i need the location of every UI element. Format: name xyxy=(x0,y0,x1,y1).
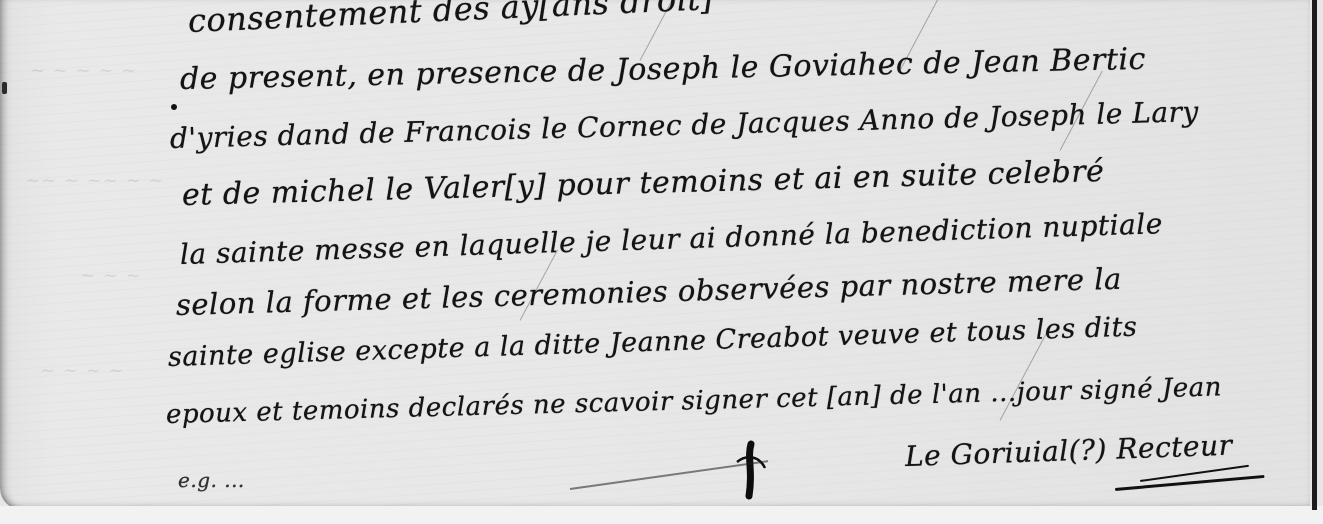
bleed-through-text: ~ ~ ~ xyxy=(80,265,142,286)
manuscript-line-10: e.g. ... xyxy=(178,468,245,492)
bleed-through-text: ~~ ~ ~~ ~ ~ xyxy=(25,170,164,191)
bleed-through-text: ~ ~ ~ ~ xyxy=(40,360,125,381)
page-bottom-edge xyxy=(0,506,1323,524)
cross-mark-icon xyxy=(735,440,767,500)
bleed-through-text: ~ ~ ~ ~ ~ xyxy=(30,60,137,81)
binding-edge xyxy=(1312,0,1317,510)
margin-dot xyxy=(171,104,177,110)
edge-ink-mark xyxy=(2,82,7,94)
